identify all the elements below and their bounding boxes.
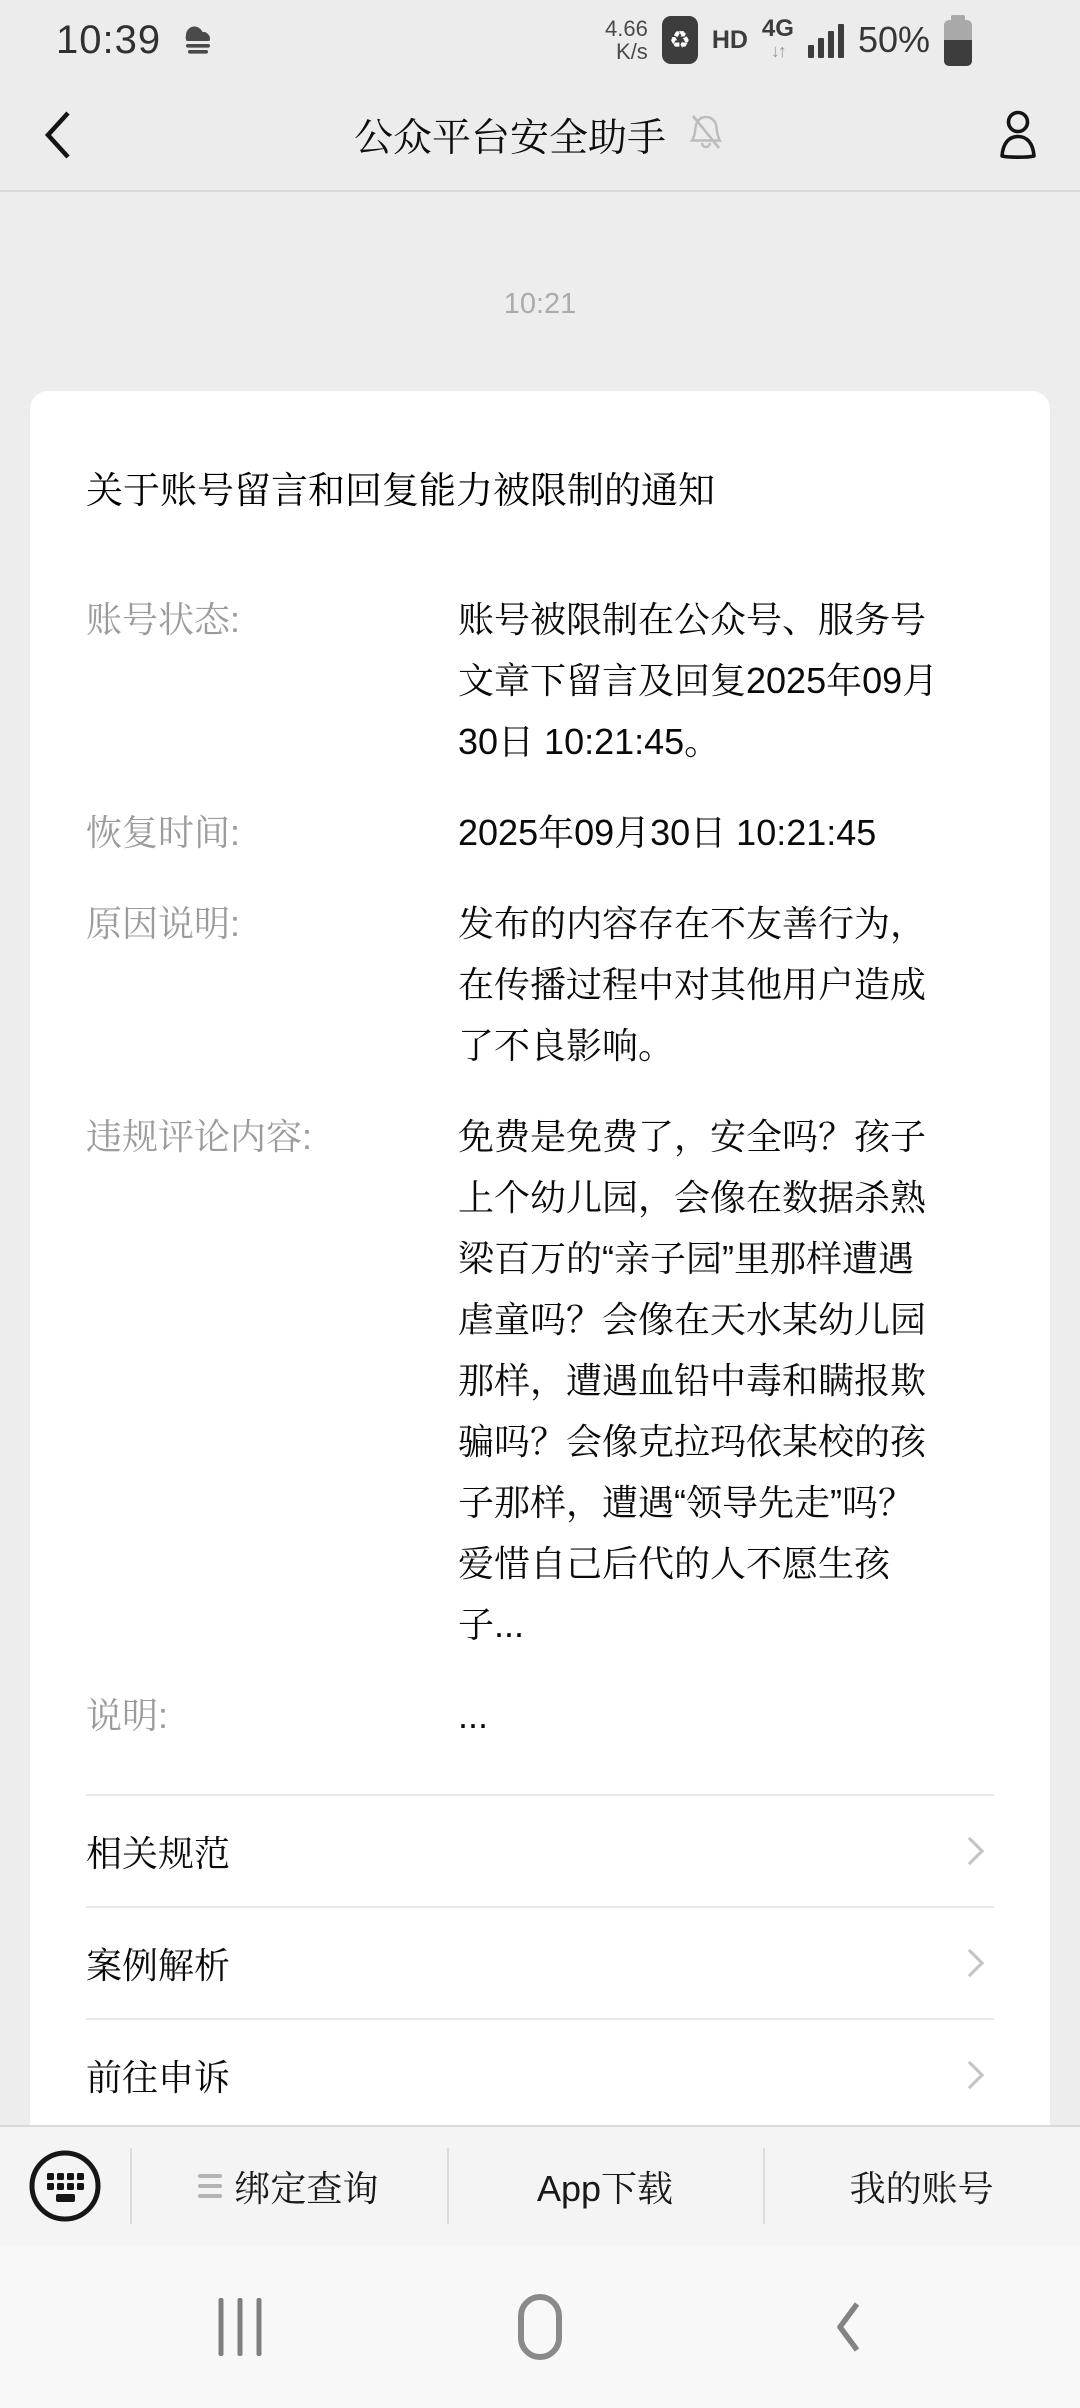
toolbar-item-app-download[interactable]: App下载 (447, 2127, 764, 2245)
submenu-icon (198, 2174, 222, 2198)
android-back-button[interactable] (834, 2299, 862, 2355)
notice-title: 关于账号留言和回复能力被限制的通知 (86, 465, 994, 517)
status-left: 10:39 (56, 18, 217, 63)
person-icon (992, 108, 1044, 162)
link-label: 前往申诉 (86, 2050, 230, 2101)
field-value: ... (458, 1685, 948, 1746)
field-recovery-time: 恢复时间: 2025年09月30日 10:21:45 (86, 802, 994, 863)
clock: 10:39 (56, 18, 161, 63)
battery-percent: 50% (858, 19, 930, 61)
network-type-label: 4G (762, 18, 794, 40)
field-label: 说明: (86, 1685, 458, 1746)
toolbar-item-my-account[interactable]: 我的账号 (763, 2127, 1080, 2245)
notice-links: 相关规范 案例解析 前往申诉 (86, 1794, 994, 2130)
link-related-rules[interactable]: 相关规范 (86, 1794, 994, 1906)
link-label: 相关规范 (86, 1826, 230, 1877)
field-value: 发布的内容存在不友善行为，在传播过程中对其他用户造成了不良影响。 (458, 893, 948, 1076)
toolbar-item-label: 绑定查询 (234, 2161, 378, 2212)
hd-voice-icon: HD (712, 26, 748, 55)
toolbar-item-binding-query[interactable]: 绑定查询 (130, 2127, 447, 2245)
account-toolbar: 绑定查询 App下载 我的账号 (0, 2125, 1080, 2245)
link-go-appeal[interactable]: 前往申诉 (86, 2018, 994, 2130)
chat-area: 10:21 关于账号留言和回复能力被限制的通知 账号状态: 账号被限制在公众号、… (0, 192, 1080, 2125)
switch-to-keyboard-button[interactable] (0, 2127, 130, 2245)
field-label: 恢复时间: (86, 802, 458, 863)
link-label: 案例解析 (86, 1938, 230, 1989)
field-value: 账号被限制在公众号、服务号文章下留言及回复2025年09月30日 10:21:4… (458, 589, 948, 772)
home-button[interactable] (518, 2294, 562, 2360)
chevron-right-icon (956, 2061, 984, 2089)
network-speed-unit: K/s (616, 40, 648, 63)
android-back-icon (834, 2299, 862, 2355)
weather-icon (177, 19, 217, 62)
field-reason: 原因说明: 发布的内容存在不友善行为，在传播过程中对其他用户造成了不良影响。 (86, 893, 994, 1076)
field-value: 免费是免费了，安全吗？孩子上个幼儿园，会像在数据杀熟梁百万的“亲子园”里那样遭遇… (458, 1106, 948, 1655)
chevron-right-icon (956, 1837, 984, 1865)
data-saver-icon: ♻ (662, 16, 698, 64)
status-bar: 10:39 4.66 K/s ♻ HD 4G ↓↑ (0, 0, 1080, 80)
field-value: 2025年09月30日 10:21:45 (458, 802, 948, 863)
nav-bar: 公众平台安全助手 (0, 80, 1080, 192)
data-arrows-icon: ↓↑ (771, 40, 785, 62)
signal-strength-icon (808, 22, 844, 58)
link-case-analysis[interactable]: 案例解析 (86, 1906, 994, 2018)
notifications-muted-icon (686, 112, 726, 159)
field-note: 说明: ... (86, 1685, 994, 1746)
android-nav-bar (0, 2245, 1080, 2408)
field-violation-content: 违规评论内容: 免费是免费了，安全吗？孩子上个幼儿园，会像在数据杀熟梁百万的“亲… (86, 1106, 994, 1655)
page-title: 公众平台安全助手 (354, 107, 666, 163)
chat-timestamp: 10:21 (0, 288, 1080, 321)
chevron-right-icon (956, 1949, 984, 1977)
network-speed-indicator: 4.66 K/s (605, 17, 648, 63)
toolbar-item-label: App下载 (537, 2161, 673, 2212)
field-label: 账号状态: (86, 589, 458, 772)
field-label: 原因说明: (86, 893, 458, 1076)
field-account-status: 账号状态: 账号被限制在公众号、服务号文章下留言及回复2025年09月30日 1… (86, 589, 994, 772)
nav-title-group: 公众平台安全助手 (0, 80, 1080, 190)
toolbar-item-label: 我的账号 (850, 2161, 994, 2212)
contact-profile-button[interactable] (986, 100, 1050, 170)
field-label: 违规评论内容: (86, 1106, 458, 1655)
status-right: 4.66 K/s ♻ HD 4G ↓↑ 50% (605, 15, 972, 66)
screen: 10:39 4.66 K/s ♻ HD 4G ↓↑ (0, 0, 1080, 2408)
notice-card: 关于账号留言和回复能力被限制的通知 账号状态: 账号被限制在公众号、服务号文章下… (30, 391, 1050, 2158)
recent-apps-button[interactable] (219, 2298, 262, 2356)
battery-icon (944, 15, 972, 66)
recycle-glyph: ♻ (669, 26, 691, 54)
keyboard-icon (27, 2148, 103, 2224)
network-speed-value: 4.66 (605, 17, 648, 40)
network-type-indicator: 4G ↓↑ (762, 18, 794, 62)
